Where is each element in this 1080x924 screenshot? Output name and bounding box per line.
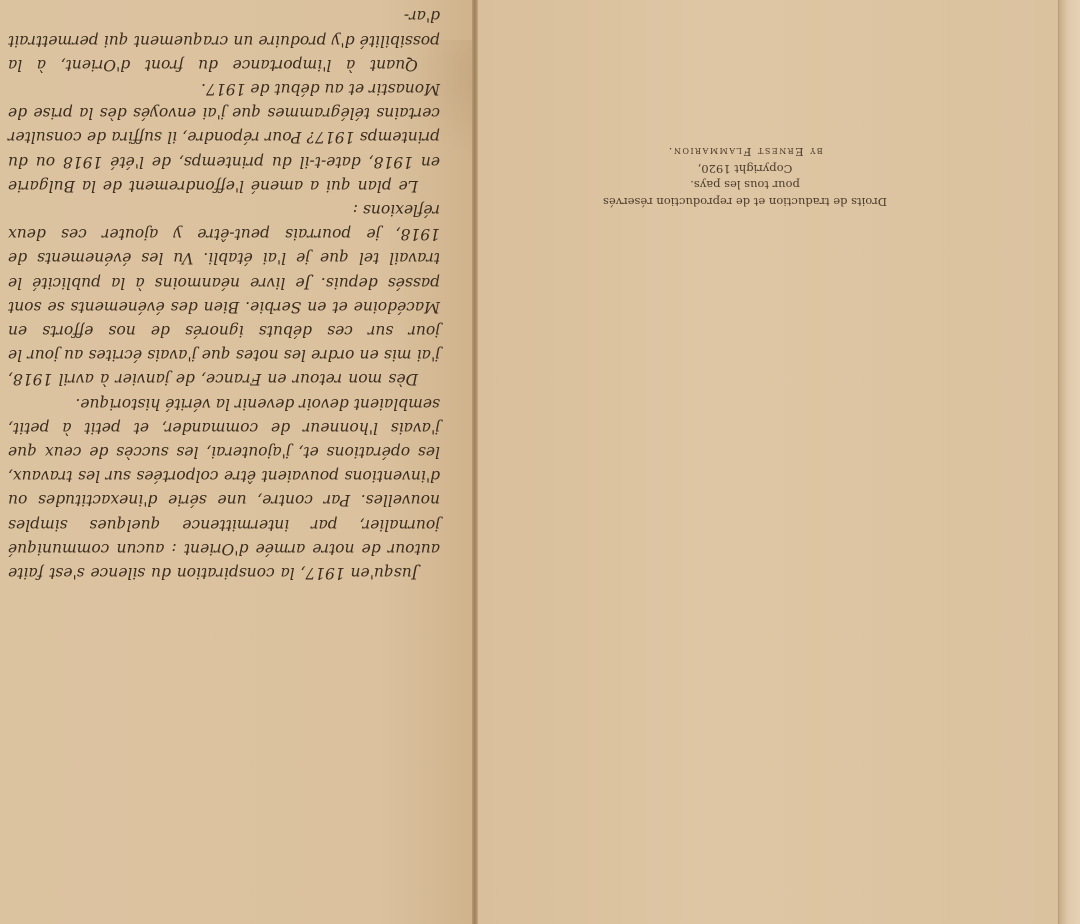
rights-line: Droits de traduction et de reproduction … xyxy=(585,194,905,211)
page-edge xyxy=(1058,0,1080,924)
book-spread: Jusqu'en 1917, la conspiration du silenc… xyxy=(0,0,1080,924)
publisher-line: by Ernest Flammarion. xyxy=(585,144,905,161)
paragraph: Dès mon retour en France, de janvier à a… xyxy=(8,198,440,392)
paragraph: Quant à l'importance du front d'Orient, … xyxy=(8,4,440,77)
copyright-line: Copyright 1920, xyxy=(585,161,905,178)
paragraph: Le plan qui a amené l'effondrement de la… xyxy=(8,77,440,198)
copyright-notice: Droits de traduction et de reproduction … xyxy=(585,120,905,210)
paragraph: Jusqu'en 1917, la conspiration du silenc… xyxy=(8,391,440,585)
left-page-text: Jusqu'en 1917, la conspiration du silenc… xyxy=(8,95,440,585)
countries-line: pour tous les pays. xyxy=(585,177,905,194)
